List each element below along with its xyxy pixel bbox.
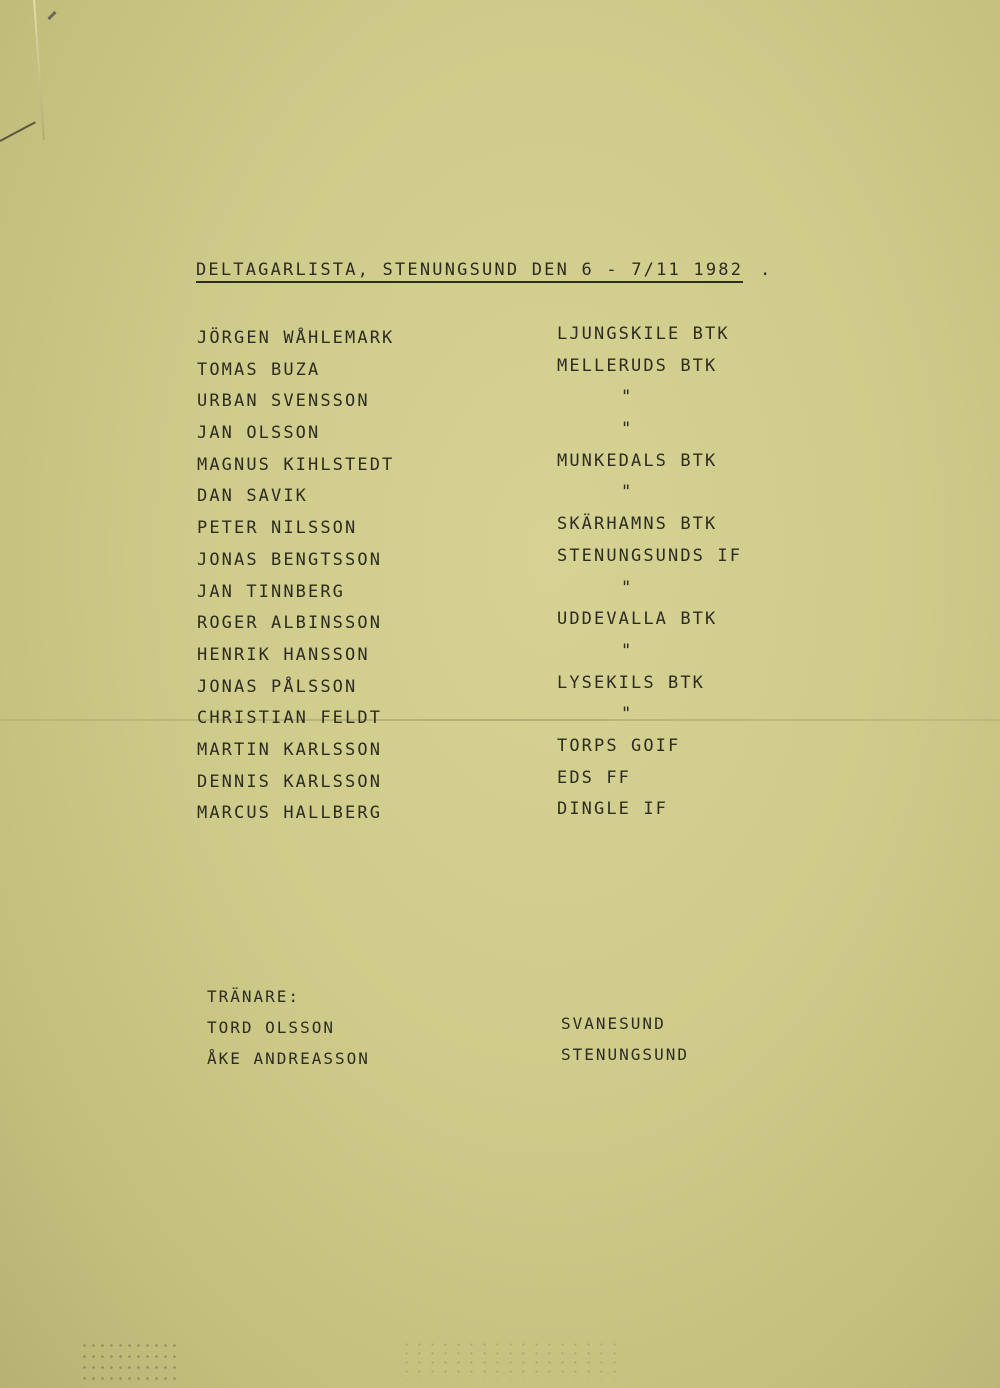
participant-row: CHRISTIAN FELDT" <box>197 708 797 740</box>
participant-club: STENUNGSUNDS IF <box>557 546 742 566</box>
participant-club: MELLERUDS BTK <box>557 356 717 376</box>
participant-name: ROGER ALBINSSON <box>197 613 382 633</box>
paper-fold-vertical <box>33 0 45 140</box>
participant-name: HENRIK HANSSON <box>197 645 370 665</box>
participant-row: DENNIS KARLSSONEDS FF <box>197 772 797 804</box>
participant-name: DAN SAVIK <box>197 486 308 506</box>
participant-name: DENNIS KARLSSON <box>197 772 382 792</box>
participant-name: PETER NILSSON <box>197 518 357 538</box>
participant-club: EDS FF <box>557 768 631 788</box>
toner-specks <box>400 1340 620 1380</box>
participant-club: TORPS GOIF <box>557 736 680 756</box>
trainer-row: ÅKE ANDREASSON STENUNGSUND <box>207 1049 767 1080</box>
participant-name: JAN TINNBERG <box>197 582 345 602</box>
participant-row: TOMAS BUZAMELLERUDS BTK <box>197 360 797 392</box>
participant-club: LJUNGSKILE BTK <box>557 324 730 344</box>
participant-name: JONAS PÅLSSON <box>197 677 357 697</box>
trainer-name: TORD OLSSON <box>207 1018 335 1037</box>
participant-name: MARCUS HALLBERG <box>197 803 382 823</box>
participant-name: URBAN SVENSSON <box>197 391 370 411</box>
participant-club: DINGLE IF <box>557 799 668 819</box>
participant-row: ROGER ALBINSSONUDDEVALLA BTK <box>197 613 797 645</box>
trainer-place: STENUNGSUND <box>561 1045 689 1064</box>
participant-list: JÖRGEN WÅHLEMARKLJUNGSKILE BTKTOMAS BUZA… <box>197 328 797 835</box>
trainer-place: SVANESUND <box>561 1014 666 1033</box>
participant-name: MAGNUS KIHLSTEDT <box>197 455 394 475</box>
participant-club: " <box>621 641 633 661</box>
toner-specks <box>80 1340 180 1388</box>
participant-club: " <box>621 704 633 724</box>
staple-mark <box>47 11 56 20</box>
participant-name: MARTIN KARLSSON <box>197 740 382 760</box>
participant-row: URBAN SVENSSON" <box>197 391 797 423</box>
participant-name: JAN OLSSON <box>197 423 320 443</box>
participant-club: " <box>621 387 633 407</box>
participant-name: JÖRGEN WÅHLEMARK <box>197 328 394 348</box>
trainers-label: TRÄNARE: <box>207 987 767 1018</box>
corner-crease <box>0 121 36 142</box>
participant-name: CHRISTIAN FELDT <box>197 708 382 728</box>
participant-name: JONAS BENGTSSON <box>197 550 382 570</box>
participant-row: MARCUS HALLBERGDINGLE IF <box>197 803 797 835</box>
participant-club: LYSEKILS BTK <box>557 673 705 693</box>
participant-row: JONAS BENGTSSONSTENUNGSUNDS IF <box>197 550 797 582</box>
participant-row: HENRIK HANSSON" <box>197 645 797 677</box>
trainer-name: ÅKE ANDREASSON <box>207 1049 370 1068</box>
participant-row: MARTIN KARLSSONTORPS GOIF <box>197 740 797 772</box>
trainers-section: TRÄNARE: TORD OLSSON SVANESUND ÅKE ANDRE… <box>207 987 767 1080</box>
participant-club: SKÄRHAMNS BTK <box>557 514 717 534</box>
participant-club: MUNKEDALS BTK <box>557 451 717 471</box>
participant-club: " <box>621 482 633 502</box>
participant-row: JONAS PÅLSSONLYSEKILS BTK <box>197 677 797 709</box>
title-period: . <box>760 260 770 280</box>
participant-club: " <box>621 419 633 439</box>
participant-club: UDDEVALLA BTK <box>557 609 717 629</box>
participant-club: " <box>621 578 633 598</box>
document-title: DELTAGARLISTA, STENUNGSUND DEN 6 - 7/11 … <box>196 260 743 283</box>
participant-name: TOMAS BUZA <box>197 360 320 380</box>
participant-row: MAGNUS KIHLSTEDTMUNKEDALS BTK <box>197 455 797 487</box>
